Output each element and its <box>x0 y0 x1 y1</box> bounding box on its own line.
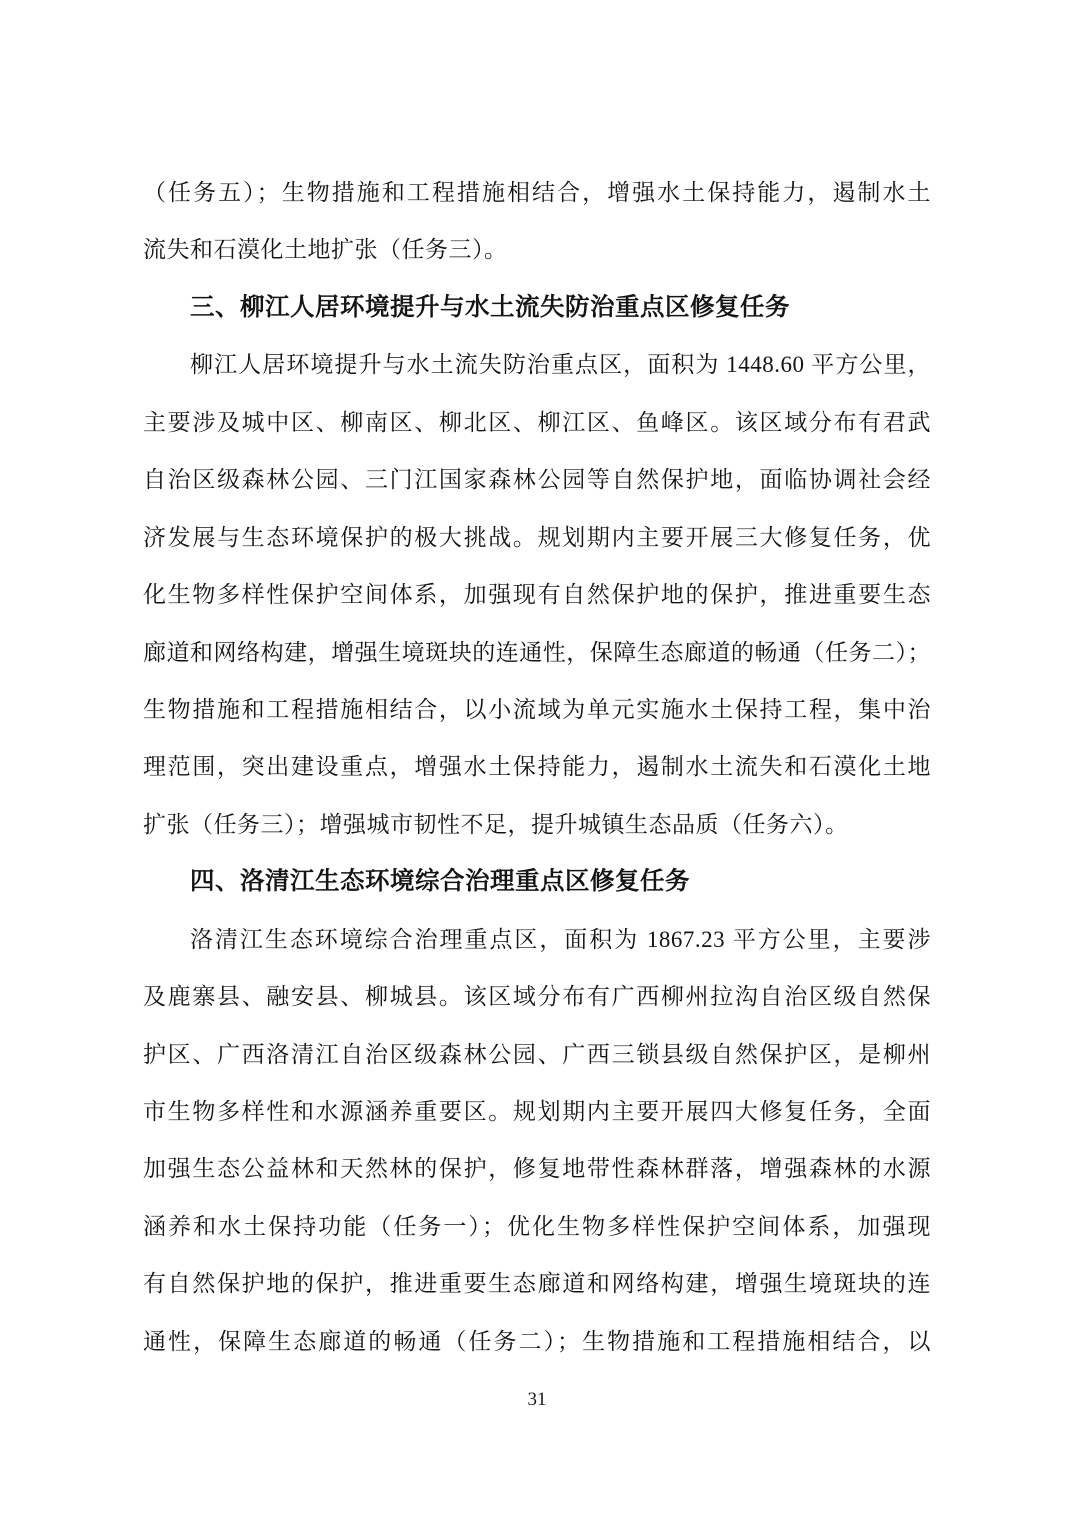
text-line: 主要涉及城中区、柳南区、柳北区、柳江区、鱼峰区。该区域分布有君武 <box>143 394 931 451</box>
text-line: 通性，保障生态廊道的畅通（任务二）；生物措施和工程措施相结合，以 <box>143 1313 931 1370</box>
document-body-text: （任务五）；生物措施和工程措施相结合，增强水土保持能力，遏制水土流失和石漠化土地… <box>143 164 931 1370</box>
text-line: （任务五）；生物措施和工程措施相结合，增强水土保持能力，遏制水土 <box>143 164 931 221</box>
text-line: 济发展与生态环境保护的极大挑战。规划期内主要开展三大修复任务，优 <box>143 509 931 566</box>
text-line: 自治区级森林公园、三门江国家森林公园等自然保护地，面临协调社会经 <box>143 451 931 508</box>
text-line: 洛清江生态环境综合治理重点区，面积为 1867.23 平方公里，主要涉 <box>143 911 931 968</box>
document-page: （任务五）；生物措施和工程措施相结合，增强水土保持能力，遏制水土流失和石漠化土地… <box>0 0 1074 1520</box>
text-line: 流失和石漠化土地扩张（任务三）。 <box>143 221 931 278</box>
page-number: 31 <box>0 1388 1074 1412</box>
section-heading: 三、柳江人居环境提升与水土流失防治重点区修复任务 <box>143 279 931 336</box>
text-line: 加强生态公益林和天然林的保护，修复地带性森林群落，增强森林的水源 <box>143 1140 931 1197</box>
text-line: 有自然保护地的保护，推进重要生态廊道和网络构建，增强生境斑块的连 <box>143 1255 931 1312</box>
text-line: 廊道和网络构建，增强生境斑块的连通性，保障生态廊道的畅通（任务二）； <box>143 624 931 681</box>
text-line: 生物措施和工程措施相结合，以小流域为单元实施水土保持工程，集中治 <box>143 681 931 738</box>
text-line: 护区、广西洛清江自治区级森林公园、广西三锁县级自然保护区，是柳州 <box>143 1026 931 1083</box>
text-line: 市生物多样性和水源涵养重要区。规划期内主要开展四大修复任务，全面 <box>143 1083 931 1140</box>
text-line: 柳江人居环境提升与水土流失防治重点区，面积为 1448.60 平方公里， <box>143 336 931 393</box>
text-line: 及鹿寨县、融安县、柳城县。该区域分布有广西柳州拉沟自治区级自然保 <box>143 968 931 1025</box>
text-line: 扩张（任务三）；增强城市韧性不足，提升城镇生态品质（任务六）。 <box>143 796 931 853</box>
text-line: 涵养和水土保持功能（任务一）；优化生物多样性保护空间体系，加强现 <box>143 1198 931 1255</box>
text-line: 理范围，突出建设重点，增强水土保持能力，遏制水土流失和石漠化土地 <box>143 738 931 795</box>
section-heading: 四、洛清江生态环境综合治理重点区修复任务 <box>143 853 931 910</box>
text-line: 化生物多样性保护空间体系，加强现有自然保护地的保护，推进重要生态 <box>143 566 931 623</box>
